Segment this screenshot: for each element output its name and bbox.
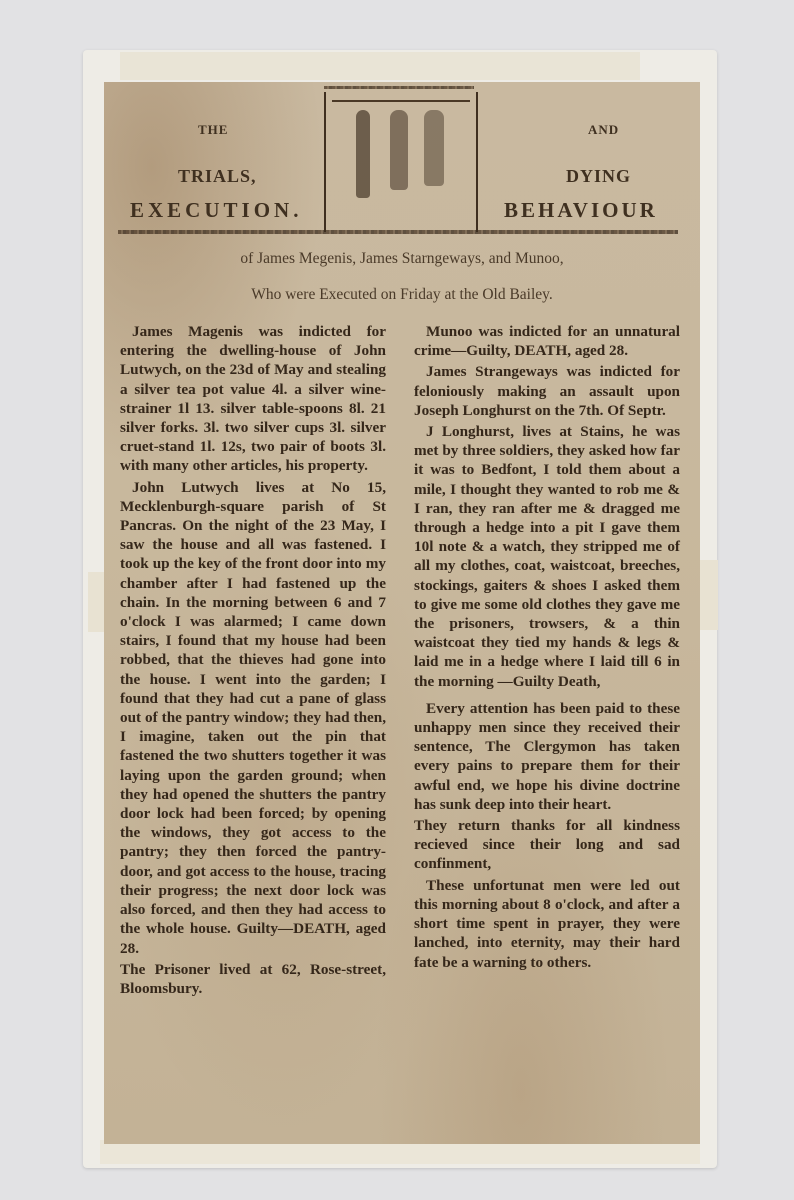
paragraph-thanks: They return thanks for all kindness reci… <box>414 816 680 874</box>
paragraph-longhurst-testimony: J Longhurst, lives at Stains, he was met… <box>414 422 680 691</box>
title-dying: DYING <box>566 166 631 187</box>
broadside-header: THE TRIALS, EXECUTION. AND DYING BEHAVIO… <box>104 82 700 242</box>
title-and: AND <box>588 122 619 138</box>
paragraph-munoo-indictment: Munoo was indicted for an unnatural crim… <box>414 322 680 360</box>
hinge-tape-right <box>698 560 718 630</box>
paragraph-clergy: Every attention has been paid to these u… <box>414 699 680 814</box>
right-column: Munoo was indicted for an unnatural crim… <box>414 322 680 974</box>
hanged-figure-icon <box>424 110 444 186</box>
left-column: James Magenis was indicted for entering … <box>120 322 386 1000</box>
hanged-figure-icon <box>390 110 408 190</box>
paragraph-execution: These unfortunat men were led out this m… <box>414 876 680 972</box>
hinge-tape-top <box>120 52 640 80</box>
subtitle-names: of James Megenis, James Starngeways, and… <box>104 250 700 268</box>
paragraph-lutwych-testimony: John Lutwych lives at No 15, Mecklenburg… <box>120 478 386 958</box>
title-trials: TRIALS, <box>178 166 257 187</box>
paragraph-strangeways-indictment: James Strangeways was indicted for felon… <box>414 362 680 420</box>
subtitle-executed: Who were Executed on Friday at the Old B… <box>104 286 700 304</box>
paragraph-prisoner-address: The Prisoner lived at 62, Rose-street, B… <box>120 960 386 998</box>
broadside-sheet: THE TRIALS, EXECUTION. AND DYING BEHAVIO… <box>104 82 700 1144</box>
hanged-figure-icon <box>356 110 370 198</box>
gallows-illustration <box>324 92 478 232</box>
title-the: THE <box>198 122 228 138</box>
header-bottom-rule <box>118 230 678 234</box>
title-execution: EXECUTION. <box>130 198 302 223</box>
top-rule <box>324 86 474 89</box>
paragraph-magenis-indictment: James Magenis was indicted for entering … <box>120 322 386 476</box>
gallows-beam <box>332 100 470 102</box>
title-behaviour: BEHAVIOUR <box>504 198 658 223</box>
